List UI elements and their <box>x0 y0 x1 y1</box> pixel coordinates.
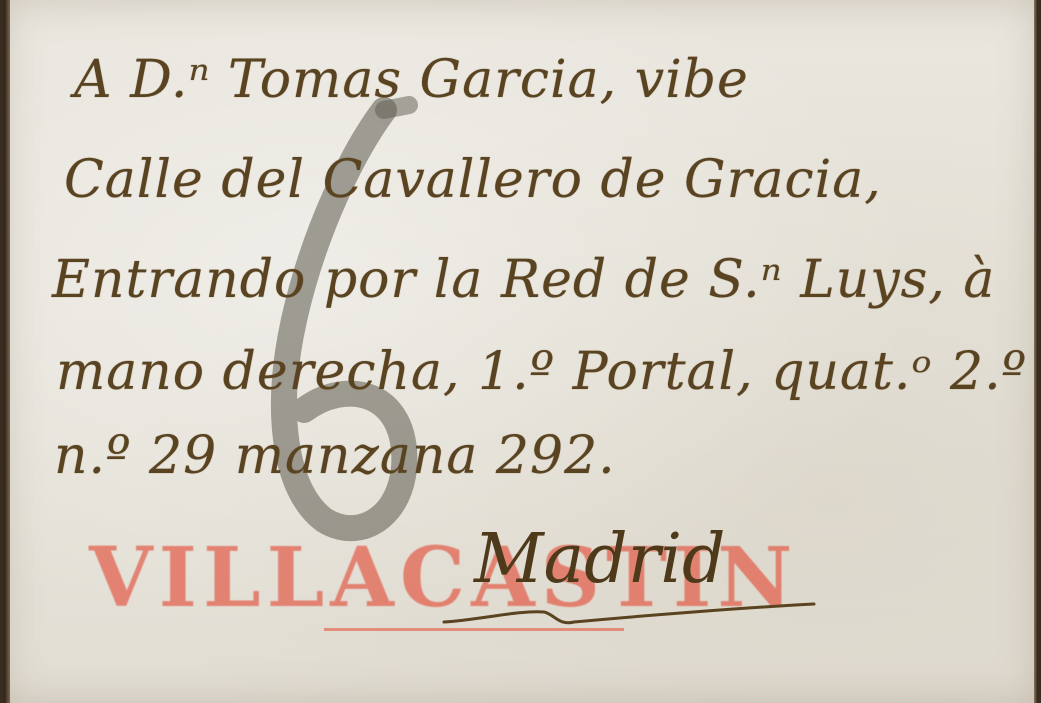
paper-edge-right <box>1034 0 1038 703</box>
address-line-door: mano derecha, 1.º Portal, quat.ᵒ 2.º <box>56 342 1027 402</box>
address-line-street: Calle del Cavallero de Gracia, <box>64 150 882 210</box>
destination-city: Madrid <box>474 520 725 599</box>
address-line-directions: Entrando por la Red de S.ⁿ Luys, à <box>52 250 995 310</box>
address-line-block: n.º 29 manzana 292. <box>54 426 616 486</box>
paper-edge-left <box>4 0 10 703</box>
letter-sheet: VILLACASTIN A D.ⁿ Tomas Garcia, vibe Cal… <box>4 0 1038 703</box>
city-underline-flourish <box>439 600 819 640</box>
address-line-recipient: A D.ⁿ Tomas Garcia, vibe <box>74 50 749 110</box>
